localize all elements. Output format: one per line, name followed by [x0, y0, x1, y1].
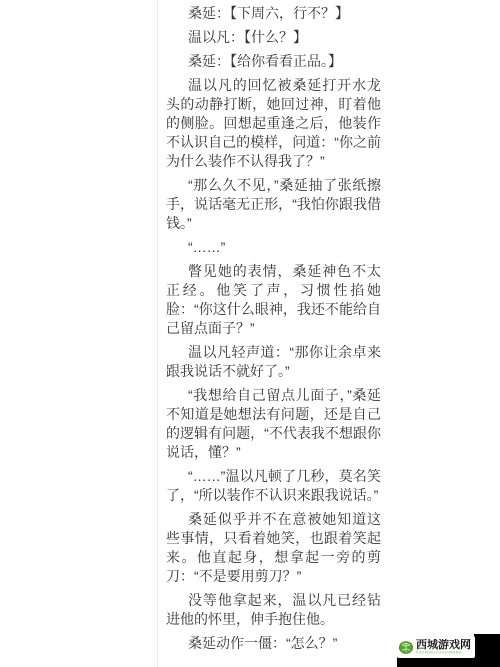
body-paragraph: “我想给自己留点儿面子，”桑延不知道是她想法有问题，还是自己的逻辑有问题，“不代… [166, 386, 381, 462]
watermark-site-subtext: XICHENGYOUXIWANG [416, 651, 442, 653]
body-paragraph: 桑延动作一僵：“怎么？” [166, 634, 381, 653]
site-watermark: 西城游戏网 XICHENGYOUXIWANG [397, 634, 500, 667]
dialogue-paragraph: 桑延：【给你看看正品。】 [166, 52, 381, 71]
body-paragraph: “……”温以凡顿了几秒，莫名笑了，“所以装作不认识来跟我说话。” [166, 467, 381, 505]
body-paragraph: 温以凡轻声道：“那你让余卓来跟我说话不就好了。” [166, 343, 381, 381]
body-paragraph: 温以凡的回忆被桑延打开水龙头的动静打断，她回过神，盯着他的侧脸。回想起重逢之后，… [166, 76, 381, 171]
article-column: 桑延：【下周六，行不？】温以凡：【什么？】桑延：【给你看看正品。】温以凡的回忆被… [157, 0, 390, 667]
page: { "page": { "background": "#ffffff", "co… [0, 0, 500, 667]
body-paragraph: 没等他拿起来，温以凡已经钻进他的怀里，伸手抱住他。 [166, 591, 381, 629]
dialogue-paragraph: 桑延：【下周六，行不？】 [166, 4, 381, 23]
body-paragraph: “……” [166, 238, 381, 257]
watermark-chip: 西城游戏网 XICHENGYOUXIWANG [397, 636, 475, 658]
green-ball-logo-icon [399, 641, 413, 654]
body-paragraph: “那么久不见，”桑延抽了张纸擦手，说话毫无正形，“我怕你跟我借钱。” [166, 176, 381, 233]
body-paragraph: 桑延似乎并不在意被她知道这些事情，只看着她笑，也跟着笑起来。他直起身，想拿起一旁… [166, 510, 381, 586]
watermark-text-block: 西城游戏网 XICHENGYOUXIWANG [416, 639, 473, 656]
dialogue-paragraph: 温以凡：【什么？】 [166, 28, 381, 47]
body-paragraph: 瞥见她的表情，桑延神色不太正经。他笑了声，习惯性掐她脸：“你这什么眼神，我还不能… [166, 262, 381, 338]
watermark-site-name: 西城游戏网 [416, 639, 473, 651]
article-text: 桑延：【下周六，行不？】温以凡：【什么？】桑延：【给你看看正品。】温以凡的回忆被… [166, 4, 381, 653]
watermark-black-strip [397, 657, 500, 667]
